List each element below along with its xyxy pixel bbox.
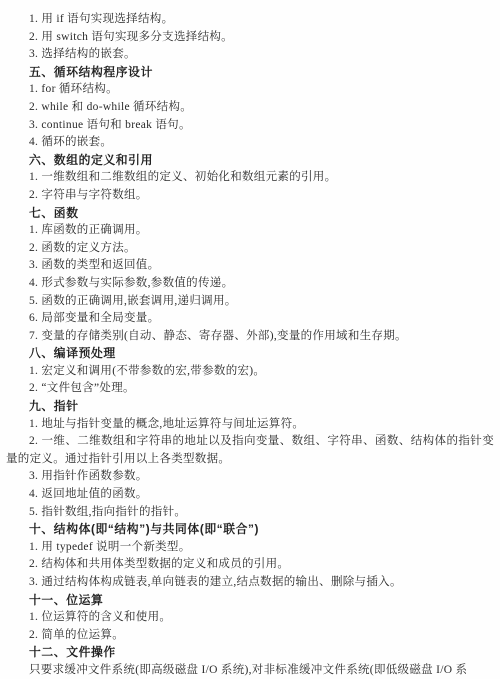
section-heading: 九、指针 [6, 398, 494, 416]
syllabus-item: 2. 结构体和共用体类型数据的定义和成员的引用。 [6, 556, 494, 574]
syllabus-item: 3. 用指针作函数参数。 [6, 468, 494, 486]
section-heading: 六、数组的定义和引用 [6, 152, 494, 170]
syllabus-item: 2. “文件包含”处理。 [6, 380, 494, 398]
syllabus-item: 5. 函数的正确调用,嵌套调用,递归调用。 [6, 293, 494, 311]
syllabus-item: 6. 局部变量和全局变量。 [6, 310, 494, 328]
syllabus-item: 1. 宏定义和调用(不带参数的宏,带参数的宏)。 [6, 363, 494, 381]
syllabus-item: 3. 函数的类型和返回值。 [6, 257, 494, 275]
syllabus-item: 1. 用 if 语句实现选择结构。 [6, 11, 494, 29]
section-heading: 十、结构体(即“结构”)与共同体(即“联合”) [6, 521, 494, 539]
syllabus-item: 1. 一维数组和二维数组的定义、初始化和数组元素的引用。 [6, 169, 494, 187]
syllabus-item: 4. 形式参数与实际参数,参数值的传递。 [6, 275, 494, 293]
syllabus-item: 5. 指针数组,指向指针的指针。 [6, 504, 494, 522]
syllabus-item: 2. while 和 do-while 循环结构。 [6, 99, 494, 117]
syllabus-item: 4. 循环的嵌套。 [6, 134, 494, 152]
section-paragraph: 只要求缓冲文件系统(即高级磁盘 I/O 系统),对非标准缓冲文件系统(即低级磁盘… [6, 662, 494, 679]
section-heading: 五、循环结构程序设计 [6, 64, 494, 82]
syllabus-item: 2. 一维、二维数组和字符串的地址以及指向变量、数组、字符串、函数、结构体的指针… [6, 433, 494, 468]
syllabus-item: 1. 库函数的正确调用。 [6, 222, 494, 240]
syllabus-item: 1. 用 typedef 说明一个新类型。 [6, 539, 494, 557]
syllabus-list: 1. 用 if 语句实现选择结构。2. 用 switch 语句实现多分支选择结构… [6, 11, 494, 679]
syllabus-item: 3. continue 语句和 break 语句。 [6, 117, 494, 135]
syllabus-item: 2. 字符串与字符数组。 [6, 187, 494, 205]
section-heading: 七、函数 [6, 205, 494, 223]
section-heading: 十一、位运算 [6, 592, 494, 610]
syllabus-item: 2. 用 switch 语句实现多分支选择结构。 [6, 29, 494, 47]
section-heading: 十二、文件操作 [6, 644, 494, 662]
syllabus-item: 3. 选择结构的嵌套。 [6, 46, 494, 64]
syllabus-item: 7. 变量的存储类别(自动、静态、寄存器、外部),变量的作用域和生存期。 [6, 328, 494, 346]
syllabus-item: 4. 返回地址值的函数。 [6, 486, 494, 504]
document-page: 1. 用 if 语句实现选择结构。2. 用 switch 语句实现多分支选择结构… [0, 0, 500, 679]
syllabus-item: 2. 函数的定义方法。 [6, 240, 494, 258]
section-heading: 八、编译预处理 [6, 345, 494, 363]
syllabus-item: 1. for 循环结构。 [6, 81, 494, 99]
syllabus-item: 1. 位运算符的含义和使用。 [6, 609, 494, 627]
syllabus-item: 1. 地址与指针变量的概念,地址运算符与间址运算符。 [6, 416, 494, 434]
syllabus-item: 3. 通过结构体构成链表,单向链表的建立,结点数据的输出、删除与插入。 [6, 574, 494, 592]
syllabus-item: 2. 简单的位运算。 [6, 627, 494, 645]
